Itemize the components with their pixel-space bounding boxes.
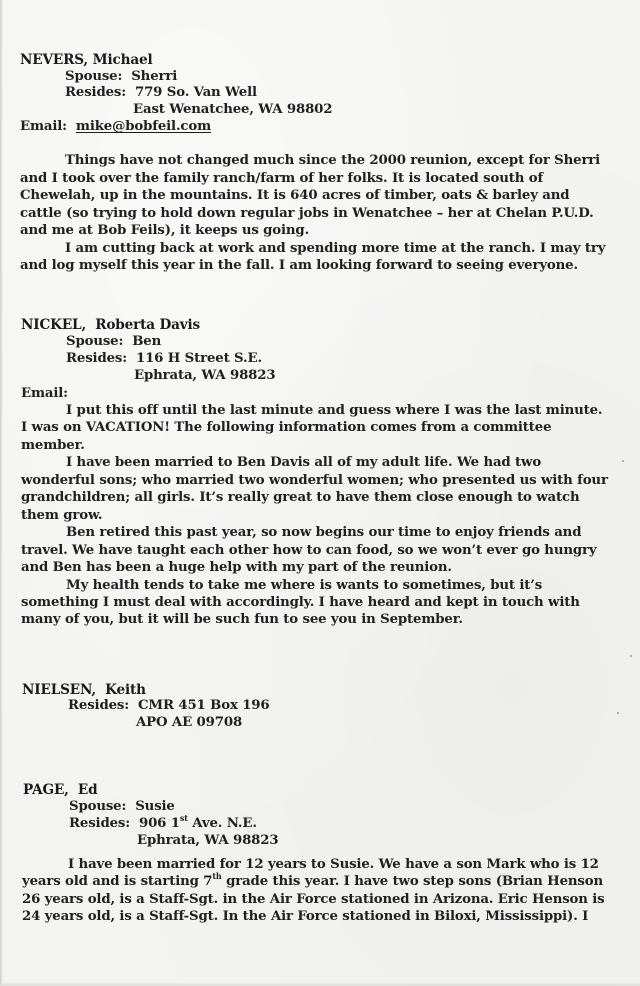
body-line: and I took over the family ranch/farm of…	[20, 170, 543, 188]
scan-speck	[622, 460, 624, 462]
email-label: Email:	[21, 386, 68, 401]
body-line: I put this off until the last minute and…	[66, 402, 602, 420]
address-line-2: East Wenatchee, WA 98802	[133, 101, 332, 119]
surname: NICKEL,	[21, 317, 86, 333]
scan-speck	[617, 712, 619, 714]
spouse-row: Spouse: Susie	[69, 798, 175, 816]
body-line: something I must deal with accordingly. …	[21, 594, 580, 612]
spouse-label: Spouse:	[69, 799, 126, 814]
resides-row: Resides: 116 H Street S.E.	[66, 350, 262, 368]
address-number: 906 1	[139, 816, 180, 831]
address-line-1: CMR 451 Box 196	[138, 698, 270, 713]
body-line: 24 years old, is a Staff-Sgt. In the Air…	[22, 908, 588, 926]
address-line-2: Ephrata, WA 98823	[137, 832, 278, 850]
resides-label: Resides:	[69, 816, 130, 831]
body-line: wonderful sons; who married two wonderfu…	[21, 472, 608, 490]
resides-row: Resides: CMR 451 Box 196	[68, 697, 270, 715]
surname: PAGE,	[23, 782, 69, 798]
email-label: Email:	[20, 119, 67, 134]
given-name: Ed	[78, 782, 98, 798]
email-row: Email: mike@bobfeil.com	[20, 118, 211, 136]
body-line: I was on VACATION! The following informa…	[21, 419, 551, 437]
address-line-1: 116 H Street S.E.	[136, 351, 262, 366]
address-line-1: 906 1st Ave. N.E.	[139, 816, 257, 831]
body-line: them grow.	[21, 507, 102, 525]
entry-name: NEVERS, Michael	[20, 51, 153, 69]
body-line: years old and is starting 7th grade this…	[22, 873, 603, 891]
resides-row: Resides: 906 1st Ave. N.E.	[69, 815, 257, 833]
ordinal-suffix: st	[180, 813, 188, 823]
body-line: and Ben has been a huge help with my par…	[21, 559, 452, 577]
email-link[interactable]: mike@bobfeil.com	[76, 119, 211, 134]
body-line: and me at Bob Feils), it keeps us going.	[20, 222, 309, 240]
body-line: 26 years old, is a Staff-Sgt. in the Air…	[22, 891, 605, 909]
body-line: and log myself this year in the fall. I …	[20, 257, 578, 275]
surname: NIELSEN,	[22, 682, 96, 698]
resides-label: Resides:	[68, 698, 129, 713]
spouse-value: Sherri	[131, 69, 177, 84]
page-bottom-edge-shadow	[0, 982, 640, 986]
scanned-page: NEVERS, Michael Spouse: Sherri Resides: …	[0, 0, 640, 986]
ordinal-suffix: th	[212, 871, 221, 881]
spouse-label: Spouse:	[66, 334, 123, 349]
address-street: Ave. N.E.	[188, 816, 257, 831]
surname: NEVERS,	[20, 52, 88, 68]
spouse-row: Spouse: Ben	[66, 333, 161, 351]
entry-name: PAGE, Ed	[23, 781, 97, 799]
given-name: Roberta Davis	[95, 317, 200, 333]
body-line: I have been married for 12 years to Susi…	[68, 856, 599, 874]
body-line: My health tends to take me where is want…	[66, 577, 542, 595]
body-line: many of you, but it will be such fun to …	[21, 611, 463, 629]
body-line: Ben retired this past year, so now begin…	[66, 524, 581, 542]
address-line-2: Ephrata, WA 98823	[134, 367, 275, 385]
given-name: Keith	[105, 682, 146, 698]
email-row: Email:	[21, 385, 68, 403]
resides-label: Resides:	[65, 85, 126, 100]
body-line: Things have not changed much since the 2…	[65, 152, 600, 170]
body-line: Chewelah, up in the mountains. It is 640…	[20, 187, 569, 205]
address-line-1: 779 So. Van Well	[135, 85, 257, 100]
address-line-2: APO AE 09708	[136, 714, 242, 732]
body-line: grandchildren; all girls. It’s really gr…	[21, 489, 579, 507]
entry-name: NICKEL, Roberta Davis	[21, 316, 200, 334]
body-line: travel. We have taught each other how to…	[21, 542, 596, 560]
page-left-edge-shadow	[0, 0, 3, 986]
body-line: cattle (so trying to hold down regular j…	[20, 205, 594, 223]
spouse-value: Ben	[132, 334, 161, 349]
body-line: I have been married to Ben Davis all of …	[66, 454, 541, 472]
scan-speck	[227, 530, 229, 532]
resides-label: Resides:	[66, 351, 127, 366]
body-line: I am cutting back at work and spending m…	[65, 240, 605, 258]
resides-row: Resides: 779 So. Van Well	[65, 84, 257, 102]
scan-speck	[630, 655, 632, 657]
body-text: years old and is starting 7	[22, 874, 212, 889]
body-line: member.	[21, 437, 85, 455]
spouse-value: Susie	[135, 799, 175, 814]
spouse-label: Spouse:	[65, 69, 122, 84]
given-name: Michael	[93, 52, 153, 68]
body-text: grade this year. I have two step sons (B…	[222, 874, 603, 889]
